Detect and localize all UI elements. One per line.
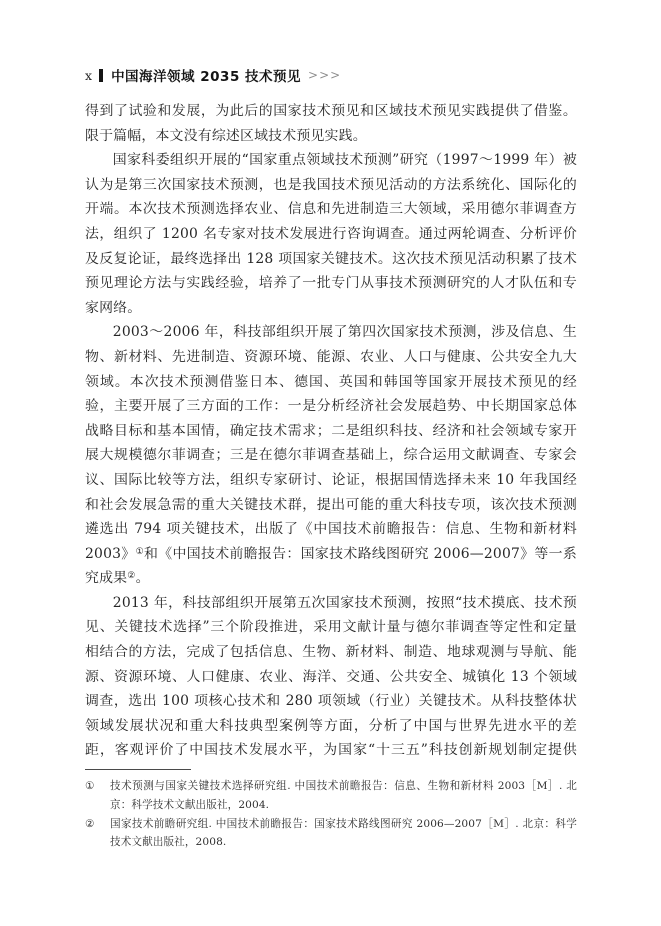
header-arrows-icon: >>> bbox=[308, 68, 341, 82]
footnote-item: ② 国家技术前瞻研究组. 中国技术前瞻报告：国家技术路线图研究 2006—200… bbox=[85, 815, 577, 852]
body-text: 得到了试验和发展，为此后的国家技术预见和区域技术预见实践提供了借鉴。限于篇幅，本… bbox=[85, 99, 577, 763]
text-line: 调查，选出 100 项核心技术和 280 项领域（行业）关键技术。从科技整体状况… bbox=[85, 689, 577, 714]
text-line: 预见理论方法与实践经验，培养了一批专门从事技术预测研究的人才队伍和专 bbox=[85, 271, 577, 296]
text-line: 和社会发展急需的重大关键技术群，提出可能的重大科技专项，该次技术预测 bbox=[85, 493, 577, 518]
text-line: 及反复论证，最终选择出 128 项国家关键技术。这次技术预见活动积累了技术 bbox=[85, 247, 577, 272]
document-page: x 中国海洋领域 2035 技术预见 >>> 得到了试验和发展，为此后的国家技术… bbox=[0, 0, 661, 926]
page-header: x 中国海洋领域 2035 技术预见 >>> bbox=[85, 66, 577, 84]
footnote-item: ① 技术预测与国家关键技术选择研究组. 中国技术前瞻报告：信息、生物和新材料 2… bbox=[85, 777, 577, 814]
text-line: 2003》①和《中国技术前瞻报告：国家技术路线图研究 2006—2007》等一系… bbox=[85, 542, 577, 567]
text-line: 验，主要开展了三方面的工作：一是分析经济社会发展趋势、中长期国家总体 bbox=[85, 394, 577, 419]
text-line: 源、资源环境、人口健康、农业、海洋、交通、公共安全、城镇化 13 个领域的 bbox=[85, 665, 577, 690]
text-line: 领域发展状况和重大科技典型案例等方面，分析了中国与世界先进水平的差 bbox=[85, 714, 577, 739]
text-line: 2003～2006 年，科技部组织开展了第四次国家技术预测，涉及信息、生 bbox=[85, 320, 577, 345]
text-line: 领域。本次技术预测借鉴日本、德国、英国和韩国等国家开展技术预见的经 bbox=[85, 370, 577, 395]
page-number: x bbox=[85, 68, 92, 83]
footnotes: ① 技术预测与国家关键技术选择研究组. 中国技术前瞻报告：信息、生物和新材料 2… bbox=[85, 777, 577, 852]
book-title: 中国海洋领域 2035 技术预见 bbox=[111, 65, 301, 85]
footnote-ref: ② bbox=[127, 571, 135, 581]
text-line: 家网络。 bbox=[85, 296, 577, 321]
text-line: 物、新材料、先进制造、资源环境、能源、农业、人口与健康、公共安全九大 bbox=[85, 345, 577, 370]
text-line: 国家科委组织开展的“国家重点领域技术预测”研究（1997～1999 年）被 bbox=[85, 148, 577, 173]
text-line: 法，组织了 1200 名专家对技术发展进行咨询调查。通过两轮调查、分析评价 bbox=[85, 222, 577, 247]
text-line: 见、关键技术选择”三个阶段推进，采用文献计量与德尔菲调查等定性和定量 bbox=[85, 615, 577, 640]
text-line: 距，客观评价了中国技术发展水平，为国家“十三五”科技创新规划制定提供 bbox=[85, 738, 577, 763]
text-line: 认为是第三次国家技术预测，也是我国技术预见活动的方法系统化、国际化的 bbox=[85, 173, 577, 198]
text-line: 究成果②。 bbox=[85, 566, 577, 591]
text-line: 展大规模德尔菲调查；三是在德尔菲调查基础上，综合运用文献调查、专家会 bbox=[85, 443, 577, 468]
text-line: 限于篇幅，本文没有综述区域技术预见实践。 bbox=[85, 124, 577, 149]
footnote-text: 国家技术前瞻研究组. 中国技术前瞻报告：国家技术路线图研究 2006—2007［… bbox=[110, 815, 577, 852]
text-line: 相结合的方法，完成了包括信息、生物、新材料、制造、地球观测与导航、能 bbox=[85, 640, 577, 665]
text-line: 议、国际比较等方法，组织专家研讨、论证，根据国情选择未来 10 年我国经济 bbox=[85, 468, 577, 493]
footnote-marker: ② bbox=[85, 815, 110, 834]
footnote-separator bbox=[85, 769, 191, 770]
text-line: 2013 年，科技部组织开展第五次国家技术预测，按照“技术摸底、技术预 bbox=[85, 591, 577, 616]
header-divider-bar bbox=[99, 69, 103, 82]
text-line: 开端。本次技术预测选择农业、信息和先进制造三大领域，采用德尔菲调查方 bbox=[85, 197, 577, 222]
footnote-marker: ① bbox=[85, 777, 110, 796]
text-line: 遴选出 794 项关键技术，出版了《中国技术前瞻报告：信息、生物和新材料 bbox=[85, 517, 577, 542]
footnote-ref: ① bbox=[136, 547, 144, 557]
text-line: 得到了试验和发展，为此后的国家技术预见和区域技术预见实践提供了借鉴。 bbox=[85, 99, 577, 124]
footnote-text: 技术预测与国家关键技术选择研究组. 中国技术前瞻报告：信息、生物和新材料 200… bbox=[110, 777, 577, 814]
text-line: 战略目标和基本国情，确定技术需求；二是组织科技、经济和社会领域专家开 bbox=[85, 419, 577, 444]
